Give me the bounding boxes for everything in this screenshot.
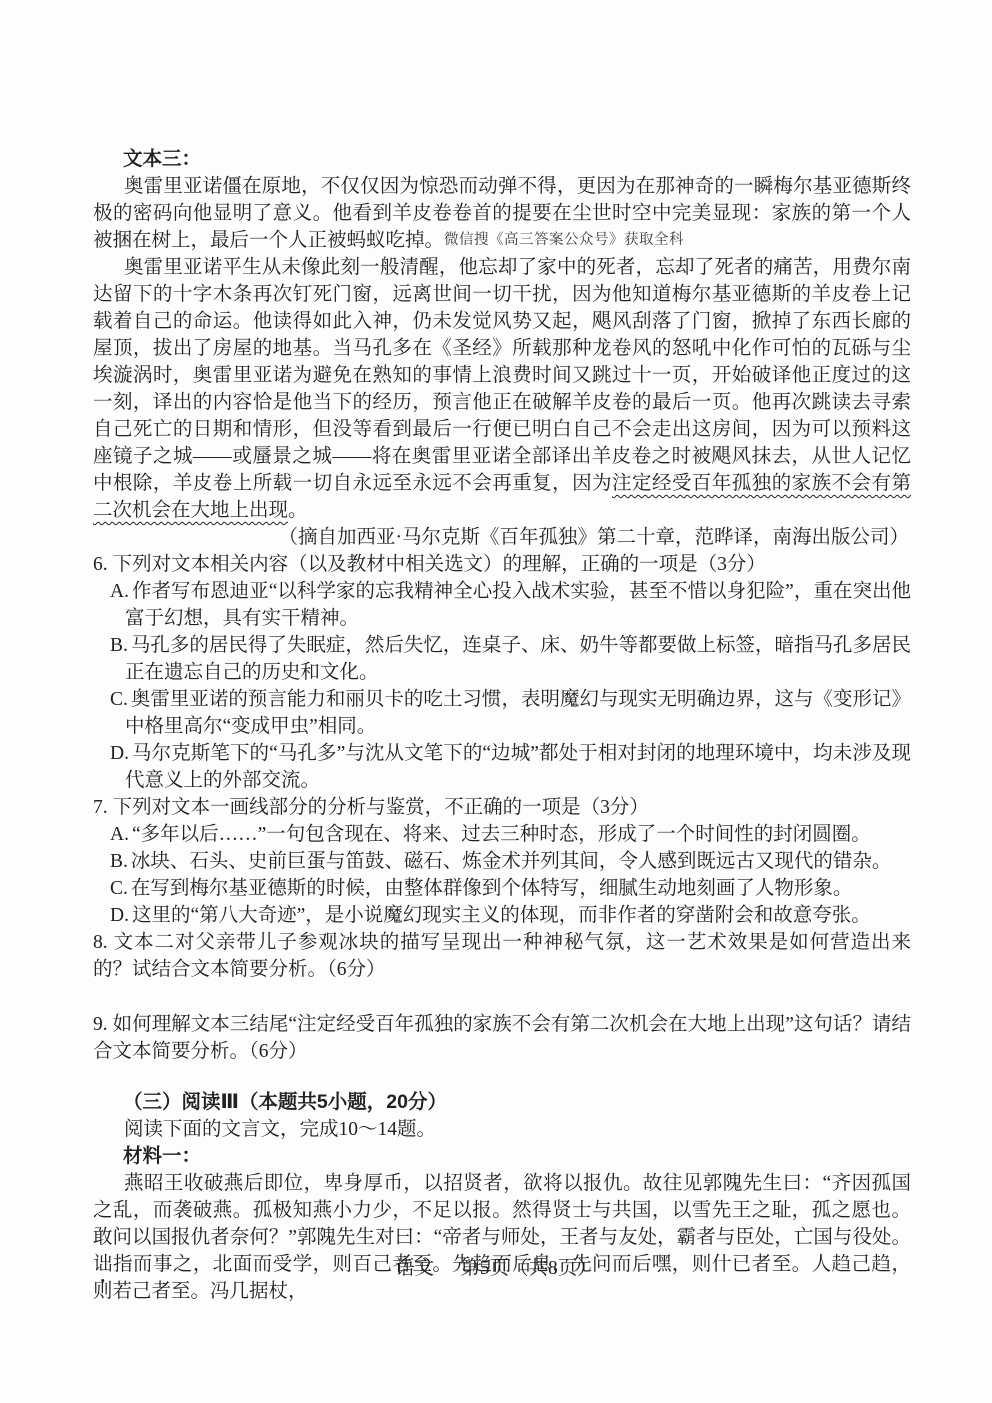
option-d-label: D. bbox=[110, 905, 129, 926]
question-6-option-a: A.作者写布恩迪亚“以科学家的忘我精神全心投入战术实验，甚至不惜以身犯险”，重在… bbox=[110, 578, 911, 632]
text3-paragraph-1: 奥雷里亚诺僵在原地，不仅仅因为惊恐而动弹不得，更因为在那神奇的一瞬梅尔基亚德斯终… bbox=[93, 173, 911, 254]
option-a-label: A. bbox=[110, 824, 129, 845]
material-1-label: 材料一： bbox=[93, 1143, 911, 1170]
option-a-label: A. bbox=[110, 581, 129, 602]
option-b-label: B. bbox=[110, 635, 128, 656]
option-c-label: C. bbox=[110, 878, 128, 899]
option-c-text: 奥雷里亚诺的预言能力和丽贝卡的吃土习惯，表明魔幻与现实无明确边界，这与《变形记》… bbox=[125, 689, 911, 737]
question-6-option-b: B.马孔多的居民得了失眠症，然后失忆，连桌子、床、奶牛等都要做上标签，暗指马孔多… bbox=[110, 632, 911, 686]
option-c-text: 在写到梅尔基亚德斯的时候，由整体群像到个体特写，细腻生动地刻画了人物形象。 bbox=[131, 878, 853, 899]
page-footer: 语文第5页（共8页） bbox=[0, 1252, 992, 1280]
classical-passage: 燕昭王收破燕后即位，卑身厚币，以招贤者，欲将以报仇。故往见郭隗先生曰：“齐因孤国… bbox=[93, 1170, 911, 1305]
section-3-intro: 阅读下面的文言文，完成10～14题。 bbox=[93, 1116, 911, 1143]
question-8-stem-text: 文本二对父亲带儿子参观冰块的描写呈现出一种神秘气氛，这一艺术效果是如何营造出来的… bbox=[93, 932, 911, 980]
question-7-option-d: D.这里的“第八大奇迹”，是小说魔幻现实主义的体现，而非作者的穿凿附会和故意夸张… bbox=[110, 902, 911, 929]
section-3-heading: （三）阅读Ⅲ（本题共5小题，20分） bbox=[93, 1089, 911, 1116]
option-d-label: D. bbox=[110, 743, 129, 764]
source-attribution: （摘自加西亚·马尔克斯《百年孤独》第二十章，范晔译，南海出版公司） bbox=[93, 524, 911, 551]
question-7-stem: 7.下列对文本一画线部分的分析与鉴赏，不正确的一项是（3分） bbox=[93, 794, 911, 821]
option-d-text: 这里的“第八大奇迹”，是小说魔幻现实主义的体现，而非作者的穿凿附会和故意夸张。 bbox=[132, 905, 871, 926]
option-a-text: “多年以后……”一句包含现在、将来、过去三种时态，形成了一个时间性的封闭圆圈。 bbox=[132, 824, 871, 845]
question-9-number: 9. bbox=[93, 1014, 108, 1035]
question-6: 6.下列对文本相关内容（以及教材中相关选文）的理解，正确的一项是（3分） A.作… bbox=[93, 551, 911, 794]
question-8-stem: 8.文本二对父亲带儿子参观冰块的描写呈现出一种神秘气氛，这一艺术效果是如何营造出… bbox=[93, 929, 911, 983]
footer-page-number: 第5页（共8页） bbox=[460, 1258, 597, 1279]
classical-passage-text: 燕昭王收破燕后即位，卑身厚币，以招贤者，欲将以报仇。故往见郭隗先生曰：“齐因孤国… bbox=[93, 1173, 911, 1248]
option-a-text: 作者写布恩迪亚“以科学家的忘我精神全心投入战术实验，甚至不惜以身犯险”，重在突出… bbox=[125, 581, 911, 629]
option-b-text: 马孔多的居民得了失眠症，然后失忆，连桌子、床、奶牛等都要做上标签，暗指马孔多居民… bbox=[125, 635, 911, 683]
question-7-option-c: C.在写到梅尔基亚德斯的时候，由整体群像到个体特写，细腻生动地刻画了人物形象。 bbox=[110, 875, 911, 902]
question-9: 9.如何理解文本三结尾“注定经受百年孤独的家族不会有第二次机会在大地上出现”这句… bbox=[93, 1011, 911, 1065]
watermark-text: 微信搜《高三答案公众号》获取全科 bbox=[444, 232, 684, 248]
page-content: 文本三： 奥雷里亚诺僵在原地，不仅仅因为惊恐而动弹不得，更因为在那神奇的一瞬梅尔… bbox=[93, 146, 911, 1305]
question-7: 7.下列对文本一画线部分的分析与鉴赏，不正确的一项是（3分） A.“多年以后……… bbox=[93, 794, 911, 929]
option-d-text: 马尔克斯笔下的“马孔多”与沈从文笔下的“边城”都处于相对封闭的地理环境中，均未涉… bbox=[125, 743, 911, 791]
question-8: 8.文本二对父亲带儿子参观冰块的描写呈现出一种神秘气氛，这一艺术效果是如何营造出… bbox=[93, 929, 911, 983]
question-6-stem-text: 下列对文本相关内容（以及教材中相关选文）的理解，正确的一项是（3分） bbox=[113, 554, 766, 575]
text3-paragraph-2-end: 。 bbox=[288, 500, 308, 521]
question-7-stem-text: 下列对文本一画线部分的分析与鉴赏，不正确的一项是（3分） bbox=[113, 797, 649, 818]
question-7-option-b: B.冰块、石头、史前巨蛋与笛鼓、磁石、炼金术并列其间，令人感到既远古又现代的错杂… bbox=[110, 848, 911, 875]
exam-page: 文本三： 奥雷里亚诺僵在原地，不仅仅因为惊恐而动弹不得，更因为在那神奇的一瞬梅尔… bbox=[0, 0, 992, 1403]
text3-paragraph-2: 奥雷里亚诺平生从未像此刻一般清醒，他忘却了家中的死者，忘却了死者的痛苦，用费尔南… bbox=[93, 254, 911, 524]
option-b-label: B. bbox=[110, 851, 128, 872]
question-9-stem: 9.如何理解文本三结尾“注定经受百年孤独的家族不会有第二次机会在大地上出现”这句… bbox=[93, 1011, 911, 1065]
question-8-number: 8. bbox=[93, 932, 108, 953]
question-9-stem-text: 如何理解文本三结尾“注定经受百年孤独的家族不会有第二次机会在大地上出现”这句话？… bbox=[93, 1014, 911, 1062]
question-6-option-c: C.奥雷里亚诺的预言能力和丽贝卡的吃土习惯，表明魔幻与现实无明确边界，这与《变形… bbox=[110, 686, 911, 740]
question-7-option-a: A.“多年以后……”一句包含现在、将来、过去三种时态，形成了一个时间性的封闭圆圈… bbox=[110, 821, 911, 848]
question-7-number: 7. bbox=[93, 797, 108, 818]
question-6-number: 6. bbox=[93, 554, 108, 575]
question-6-stem: 6.下列对文本相关内容（以及教材中相关选文）的理解，正确的一项是（3分） bbox=[93, 551, 911, 578]
option-b-text: 冰块、石头、史前巨蛋与笛鼓、磁石、炼金术并列其间，令人感到既远古又现代的错杂。 bbox=[131, 851, 892, 872]
footer-subject: 语文 bbox=[395, 1258, 434, 1279]
text3-heading: 文本三： bbox=[93, 146, 911, 173]
question-6-option-d: D.马尔克斯笔下的“马孔多”与沈从文笔下的“边城”都处于相对封闭的地理环境中，均… bbox=[110, 740, 911, 794]
text3-paragraph-2-text: 奥雷里亚诺平生从未像此刻一般清醒，他忘却了家中的死者，忘却了死者的痛苦，用费尔南… bbox=[93, 257, 911, 494]
option-c-label: C. bbox=[110, 689, 128, 710]
